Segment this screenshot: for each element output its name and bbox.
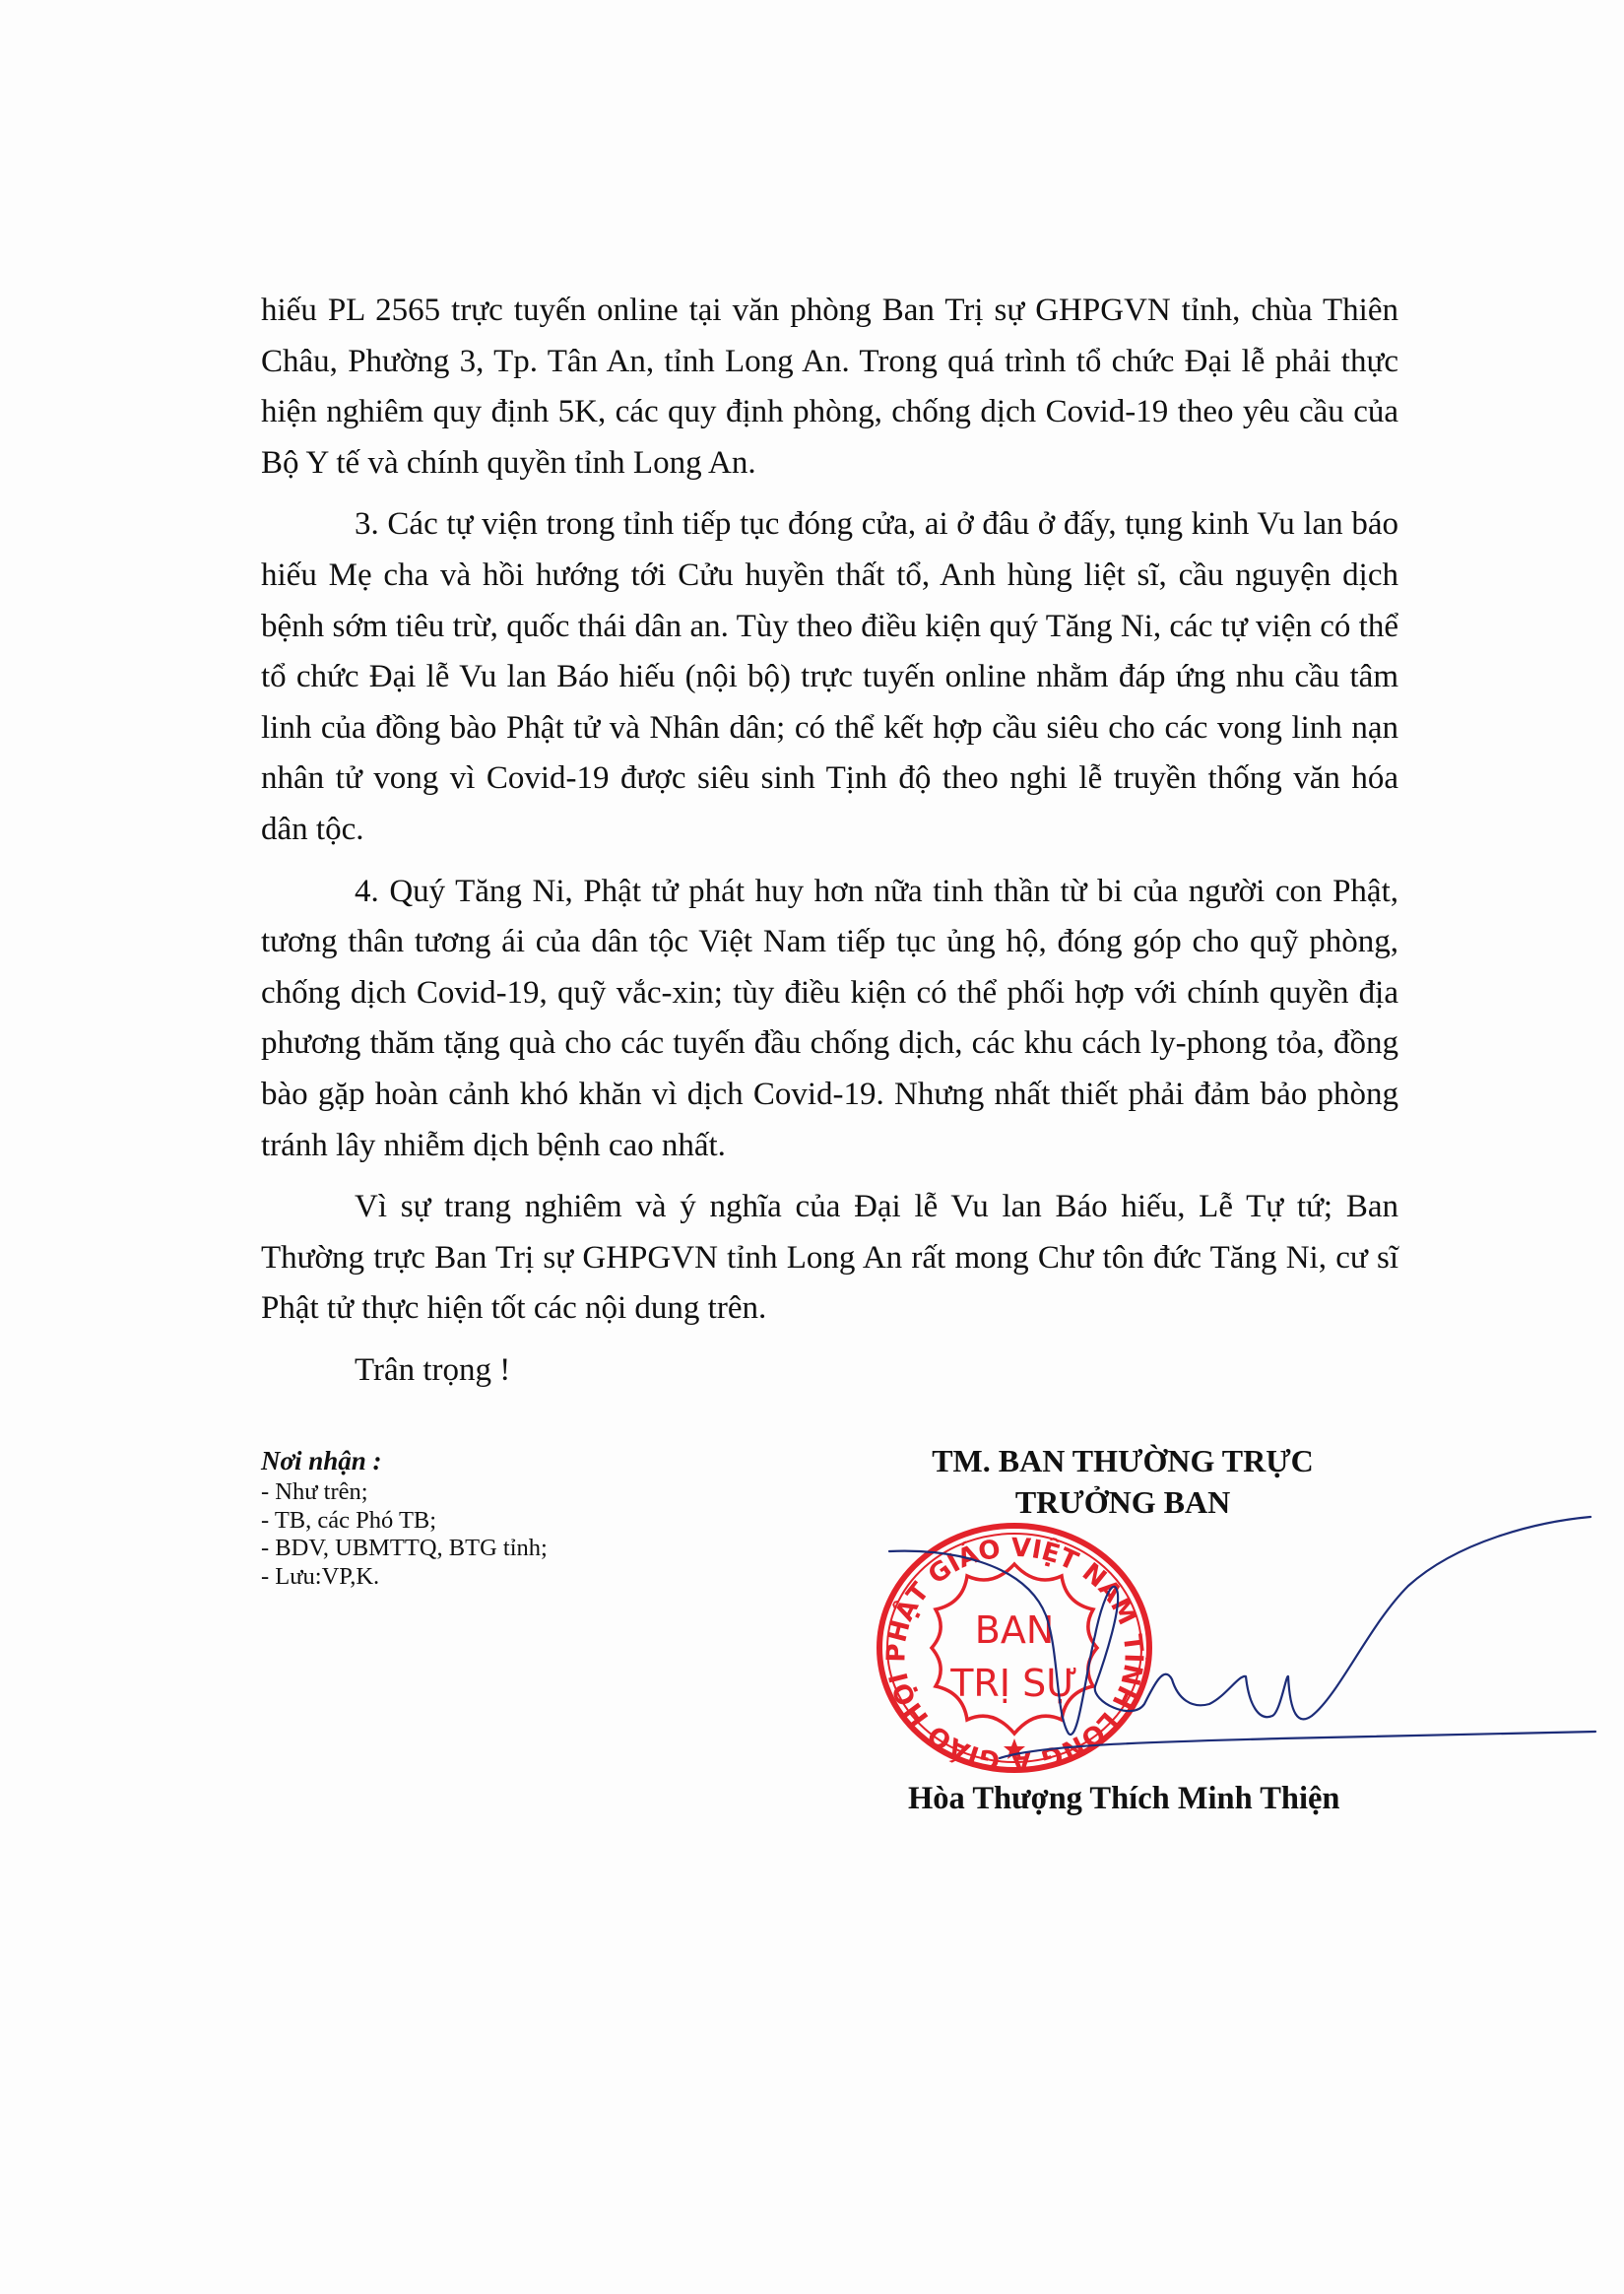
signatory-organization: TM. BAN THƯỜNG TRỰC: [867, 1440, 1379, 1481]
recipient-item: - BDV, UBMTTQ, BTG tỉnh;: [261, 1535, 812, 1563]
svg-text:BAN: BAN: [975, 1608, 1055, 1652]
paragraph-closing-request: Vì sự trang nghiêm và ý nghĩa của Đại lễ…: [261, 1182, 1398, 1335]
recipient-item: - Như trên;: [261, 1478, 812, 1507]
closing-salutation: Trân trọng !: [261, 1345, 1398, 1397]
svg-text:TRỊ SỰ: TRỊ SỰ: [949, 1662, 1078, 1705]
paragraph-4: 4. Quý Tăng Ni, Phật tử phát huy hơn nữa…: [261, 867, 1398, 1172]
signature-block: TM. BAN THƯỜNG TRỰC TRƯỞNG BAN: [867, 1440, 1379, 1523]
paragraph-3: 3. Các tự viện trong tỉnh tiếp tục đóng …: [261, 499, 1398, 855]
recipients-block: Nơi nhận : - Như trên; - TB, các Phó TB;…: [261, 1443, 812, 1591]
letter-body: hiếu PL 2565 trực tuyến online tại văn p…: [261, 286, 1398, 1407]
document-page: hiếu PL 2565 trực tuyến online tại văn p…: [0, 0, 1624, 2294]
recipient-item: - Lưu:VP,K.: [261, 1563, 812, 1592]
handwritten-signature-icon: [889, 1517, 1595, 1758]
recipient-item: - TB, các Phó TB;: [261, 1507, 812, 1536]
paragraph-continued: hiếu PL 2565 trực tuyến online tại văn p…: [261, 286, 1398, 489]
signatory-name: Hòa Thượng Thích Minh Thiện: [908, 1781, 1340, 1817]
signatory-position: TRƯỞNG BAN: [867, 1481, 1379, 1523]
recipients-title: Nơi nhận :: [261, 1443, 812, 1478]
